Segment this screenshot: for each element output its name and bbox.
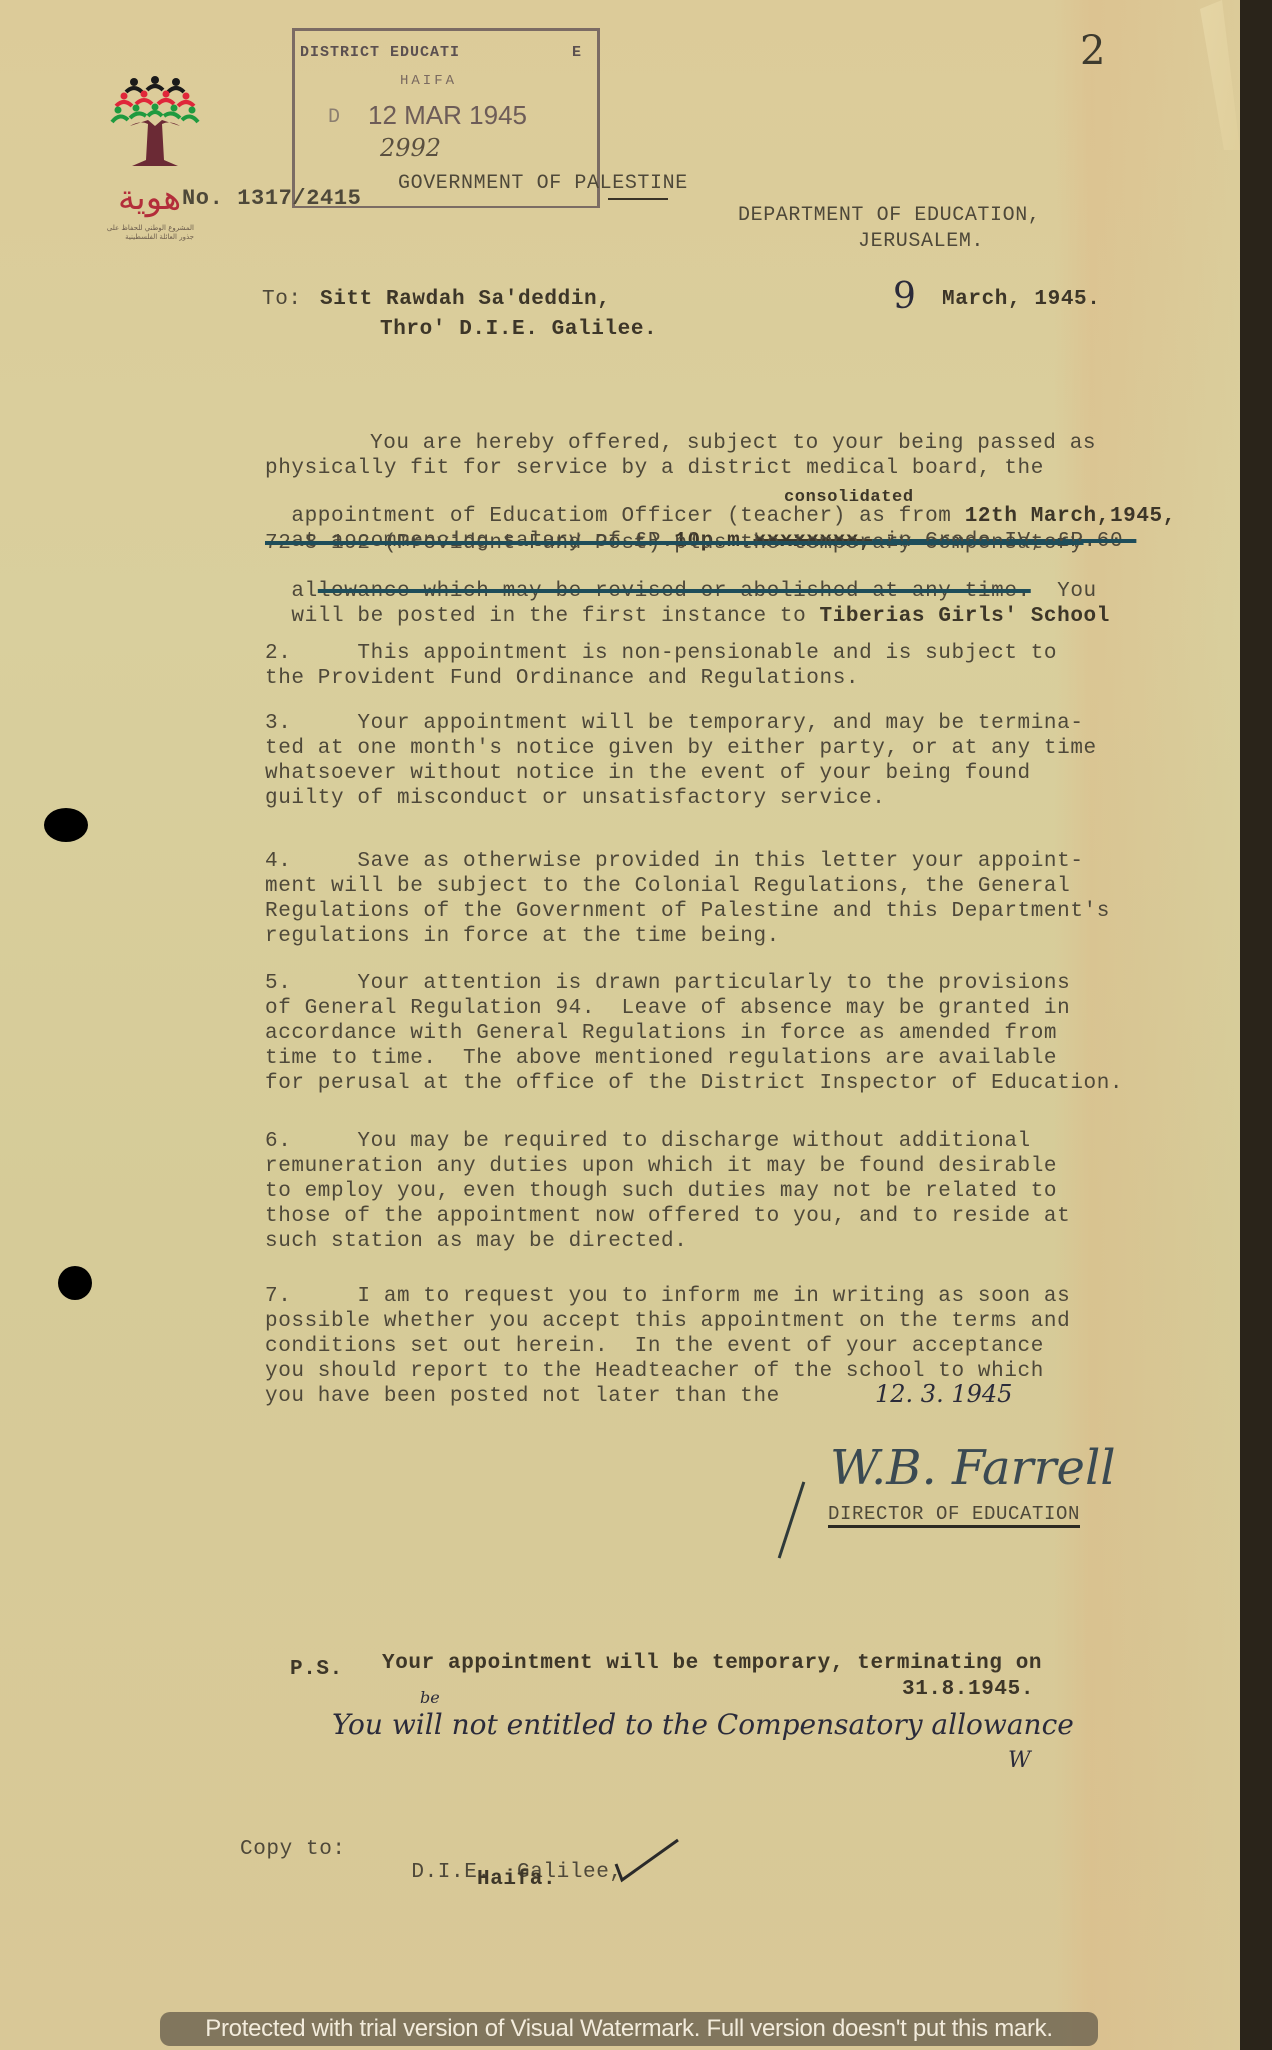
p6-line-5: such station as may be directed.: [265, 1230, 687, 1253]
p4-line-2: ment will be subject to the Colonial Reg…: [265, 875, 1070, 898]
p4-line-4: regulations in force at the time being.: [265, 925, 780, 948]
copy-to-line-2: Haifa.: [477, 1868, 556, 1891]
to-label: To:: [262, 288, 302, 311]
ps-handwritten-insert: be: [420, 1688, 440, 1707]
p2-line-1: 2. This appointment is non-pensionable a…: [265, 642, 1057, 665]
p4-line-3: Regulations of the Government of Palesti…: [265, 900, 1110, 923]
stamp-number: 2992: [380, 134, 441, 162]
p3-line-2: ted at one month's notice given by eithe…: [265, 737, 1097, 760]
addressee-name: Sitt Rawdah Sa'deddin,: [320, 288, 610, 311]
ps-end-date: 31.8.1945.: [902, 1678, 1034, 1701]
scan-edge: [1240, 0, 1272, 2050]
stamp-city: HAIFA: [400, 73, 457, 89]
inserted-consolidated: consolidated: [784, 488, 914, 507]
p3-line-3: whatsoever without notice in the event o…: [265, 762, 1031, 785]
hawiya-logo-text: هوية: [118, 178, 181, 218]
p1-line-7: will be posted in the first instance to …: [265, 582, 1110, 628]
ps-line-1: Your appointment will be temporary, term…: [382, 1652, 1042, 1675]
check-mark-icon: [612, 1836, 682, 1886]
p7-line-5: you have been posted not later than the: [265, 1385, 780, 1408]
p5-line-3: accordance with General Regulations in f…: [265, 1022, 1057, 1045]
government-title: GOVERNMENT OF PALESTINE: [398, 172, 688, 195]
p3-line-1: 3. Your appointment will be temporary, a…: [265, 712, 1084, 735]
stamp-office: DISTRICT EDUCATI: [300, 44, 460, 61]
handwritten-day: 9: [893, 276, 916, 317]
hawiya-logo-subtitle: المشروع الوطني للحفاظ على جذور العائلة ا…: [104, 224, 194, 242]
stamp-office-tail: E: [572, 44, 582, 61]
logo-subtitle-line-1: المشروع الوطني للحفاظ على: [104, 224, 194, 233]
p3-line-4: guilty of misconduct or unsatisfactory s…: [265, 787, 886, 810]
ps-handwritten-note: You will not entitled to the Compensator…: [332, 1708, 1074, 1741]
director-title: DIRECTOR OF EDUCATION: [828, 1503, 1080, 1528]
watermark-banner: Protected with trial version of Visual W…: [160, 2012, 1098, 2046]
p6-line-2: remuneration any duties upon which it ma…: [265, 1155, 1057, 1178]
handwritten-report-date: 12. 3. 1945: [875, 1380, 1012, 1408]
p7-line-2: possible whether you accept this appoint…: [265, 1310, 1070, 1333]
p7-line-3: conditions set out herein. In the event …: [265, 1335, 1044, 1358]
p6-line-4: those of the appointment now offered to …: [265, 1205, 1070, 1228]
director-signature: W.B. Farrell: [830, 1440, 1116, 1496]
p1-line-2: physically fit for service by a district…: [265, 457, 1044, 480]
p4-line-1: 4. Save as otherwise provided in this le…: [265, 850, 1084, 873]
p6-line-3: to employ you, even though such duties m…: [265, 1180, 1057, 1203]
p1-line-1: You are hereby offered, subject to your …: [370, 432, 1096, 455]
p1-line-5-struck: 72-8-192 (Provident Fund Post) plus the …: [265, 532, 1084, 555]
stamp-date: 12 MAR 1945: [368, 100, 527, 131]
page-number: 2: [1080, 28, 1105, 74]
department-city: JERUSALEM.: [858, 230, 984, 253]
ps-label: P.S.: [290, 1658, 343, 1681]
letter-date: March, 1945.: [942, 288, 1100, 311]
p6-line-1: 6. You may be required to discharge with…: [265, 1130, 1031, 1153]
p5-line-1: 5. Your attention is drawn particularly …: [265, 972, 1070, 995]
punch-hole-lower: [58, 1266, 92, 1300]
p7-line-1: 7. I am to request you to inform me in w…: [265, 1285, 1070, 1308]
p5-line-2: of General Regulation 94. Leave of absen…: [265, 997, 1070, 1020]
addressee-via: Thro' D.I.E. Galilee.: [380, 318, 657, 341]
hawiya-tree-logo-icon: [110, 70, 200, 170]
punch-hole-upper: [44, 808, 88, 842]
posting-label: will be posted in the first instance to: [291, 605, 819, 628]
p5-line-5: for perusal at the office of the Distric…: [265, 1072, 1123, 1095]
logo-subtitle-line-2: جذور العائلة الفلسطينية: [104, 233, 194, 242]
p2-line-2: the Provident Fund Ordinance and Regulat…: [265, 667, 859, 690]
copy-to-label: Copy to:: [240, 1838, 346, 1861]
department-title: DEPARTMENT OF EDUCATION,: [738, 204, 1040, 227]
school-name: Tiberias Girls' School: [820, 605, 1110, 628]
stamp-date-prefix: D: [328, 106, 340, 129]
p5-line-4: time to time. The above mentioned regula…: [265, 1047, 1057, 1070]
reference-number: No. 1317/2415: [182, 186, 361, 211]
header-rule: [608, 198, 668, 200]
ps-handwritten-initial: W: [1008, 1748, 1031, 1773]
